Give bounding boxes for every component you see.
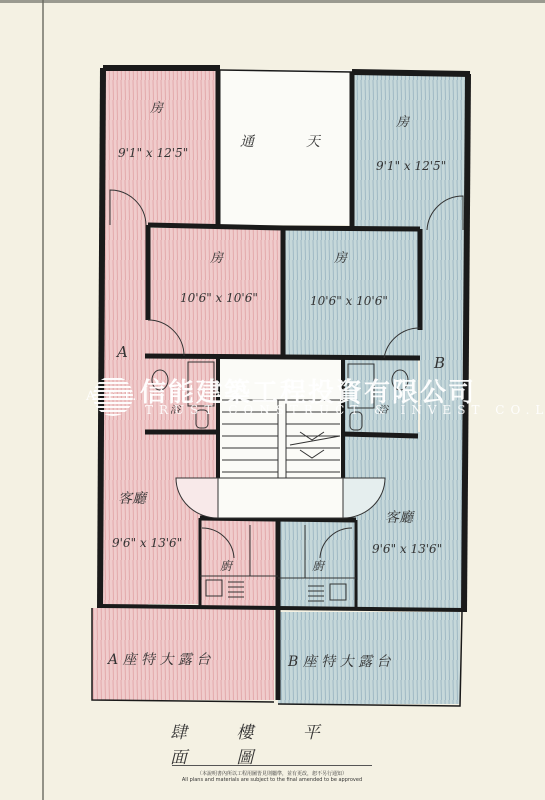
b-bedroom-2-size: 10'6" x 10'6" — [310, 294, 388, 308]
a-bedroom-2-name: 房 — [210, 250, 224, 266]
b-living-name: 客廳 — [385, 510, 415, 526]
b-terrace-name: B 座 特 大 露 台 — [287, 654, 393, 670]
title-divider — [172, 765, 372, 766]
a-living-name: 客廳 — [118, 491, 148, 507]
a-bedroom-1-size: 9'1" x 12'5" — [118, 146, 188, 160]
a-kitchen-name: 廚 — [220, 559, 234, 573]
a-bedroom-1-name: 房 — [150, 100, 164, 116]
watermark-company-en: TRUST CONSTRUCT & INVEST CO.LTD — [145, 403, 545, 417]
b-kitchen-name: 廚 — [312, 559, 326, 573]
b-bedroom-1-size: 9'1" x 12'5" — [376, 159, 446, 173]
watermark-logo-text: A.T.T. — [86, 389, 139, 404]
lightwell-name-2: 天 — [306, 134, 322, 150]
disclaimer-en: All plans and materials are subject to t… — [172, 777, 372, 783]
drawing-title: 肆 樓 平 面 圖 — [170, 718, 370, 768]
lift-lobby — [218, 478, 343, 518]
a-bedroom-2-size: 10'6" x 10'6" — [180, 291, 258, 305]
disclaimer-cn: （本說明書內所以工程用圖皆見則屬準，並有更改，恕不另行通知） — [172, 770, 372, 777]
a-living-size: 9'6" x 13'6" — [112, 536, 182, 550]
unit-a-label: A — [115, 343, 128, 361]
b-bedroom-1-name: 房 — [396, 114, 410, 130]
unit-b-label: B — [433, 354, 445, 372]
b-living-size: 9'6" x 13'6" — [372, 542, 442, 556]
a-terrace-name: A 座 特 大 露 台 — [106, 652, 212, 668]
b-bedroom-2-name: 房 — [334, 250, 348, 266]
lightwell-name-1: 通 — [240, 134, 256, 150]
